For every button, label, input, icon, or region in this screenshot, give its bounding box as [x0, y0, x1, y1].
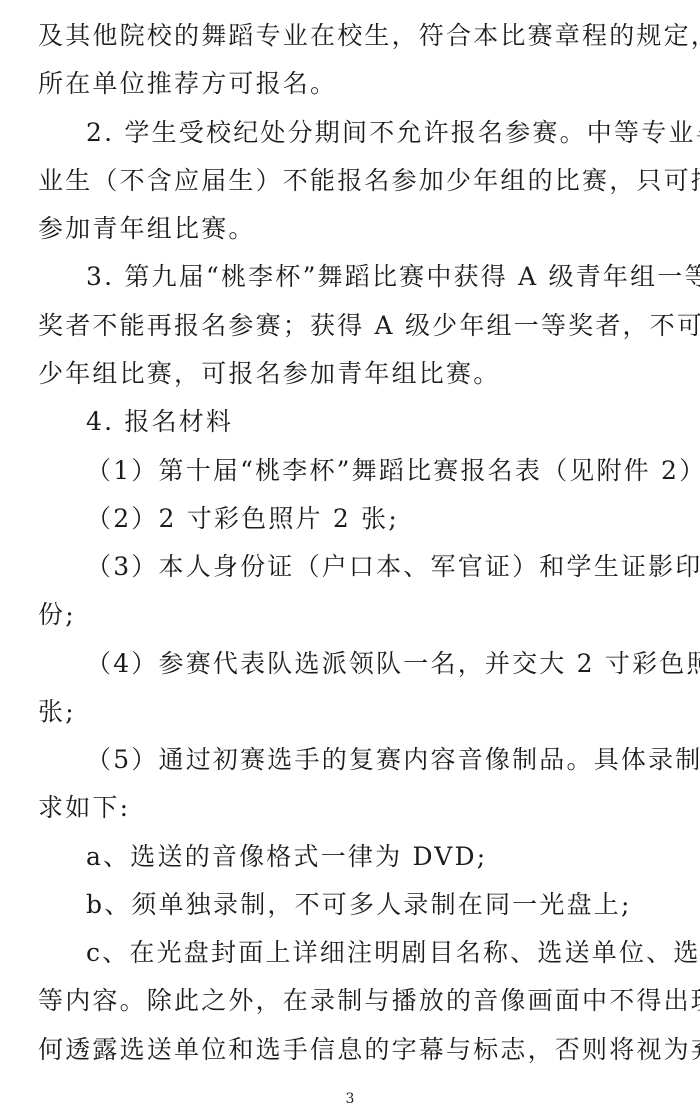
- text-line: c、在光盘封面上详细注明剧目名称、选送单位、选手: [86, 938, 668, 968]
- text-line: 2. 学生受校纪处分期间不允许报名参赛。中等专业毕: [86, 118, 668, 148]
- text-line: 业生（不含应届生）不能报名参加少年组的比赛，只可报名: [38, 166, 668, 196]
- text-line: 奖者不能再报名参赛；获得 A 级少年组一等奖者，不可报名: [38, 311, 668, 341]
- text-line: a、选送的音像格式一律为 DVD;: [86, 842, 487, 872]
- page-number: 3: [0, 1090, 700, 1108]
- text-line: 份;: [38, 600, 76, 630]
- text-line: 张;: [38, 697, 76, 727]
- text-line: 所在单位推荐方可报名。: [38, 69, 337, 99]
- section-heading: 4. 报名材料: [86, 407, 233, 437]
- text-line: 3. 第九届“桃李杯”舞蹈比赛中获得 A 级青年组一等: [86, 262, 668, 292]
- text-line: 及其他院校的舞蹈专业在校生，符合本比赛章程的规定，经: [38, 21, 668, 51]
- text-line: （5）通过初赛选手的复赛内容音像制品。具体录制要: [86, 745, 668, 775]
- document-page: 及其他院校的舞蹈专业在校生，符合本比赛章程的规定，经 所在单位推荐方可报名。 2…: [0, 0, 700, 1118]
- text-line: （1）第十届“桃李杯”舞蹈比赛报名表（见附件 2）;: [86, 456, 668, 486]
- text-line: 求如下:: [38, 793, 130, 823]
- text-line: （3）本人身份证（户口本、军官证）和学生证影印件 1: [86, 552, 668, 582]
- text-line: （2）2 寸彩色照片 2 张;: [86, 504, 399, 534]
- text-line: 参加青年组比赛。: [38, 214, 256, 244]
- text-line: b、须单独录制，不可多人录制在同一光盘上;: [86, 890, 632, 920]
- text-line: 少年组比赛，可报名参加青年组比赛。: [38, 359, 500, 389]
- text-line: （4）参赛代表队选派领队一名，并交大 2 寸彩色照片 2: [86, 649, 668, 679]
- text-line: 等内容。除此之外，在录制与播放的音像画面中不得出现任: [38, 986, 668, 1016]
- text-line: 何透露选送单位和选手信息的字幕与标志，否则将视为弃权: [38, 1035, 668, 1065]
